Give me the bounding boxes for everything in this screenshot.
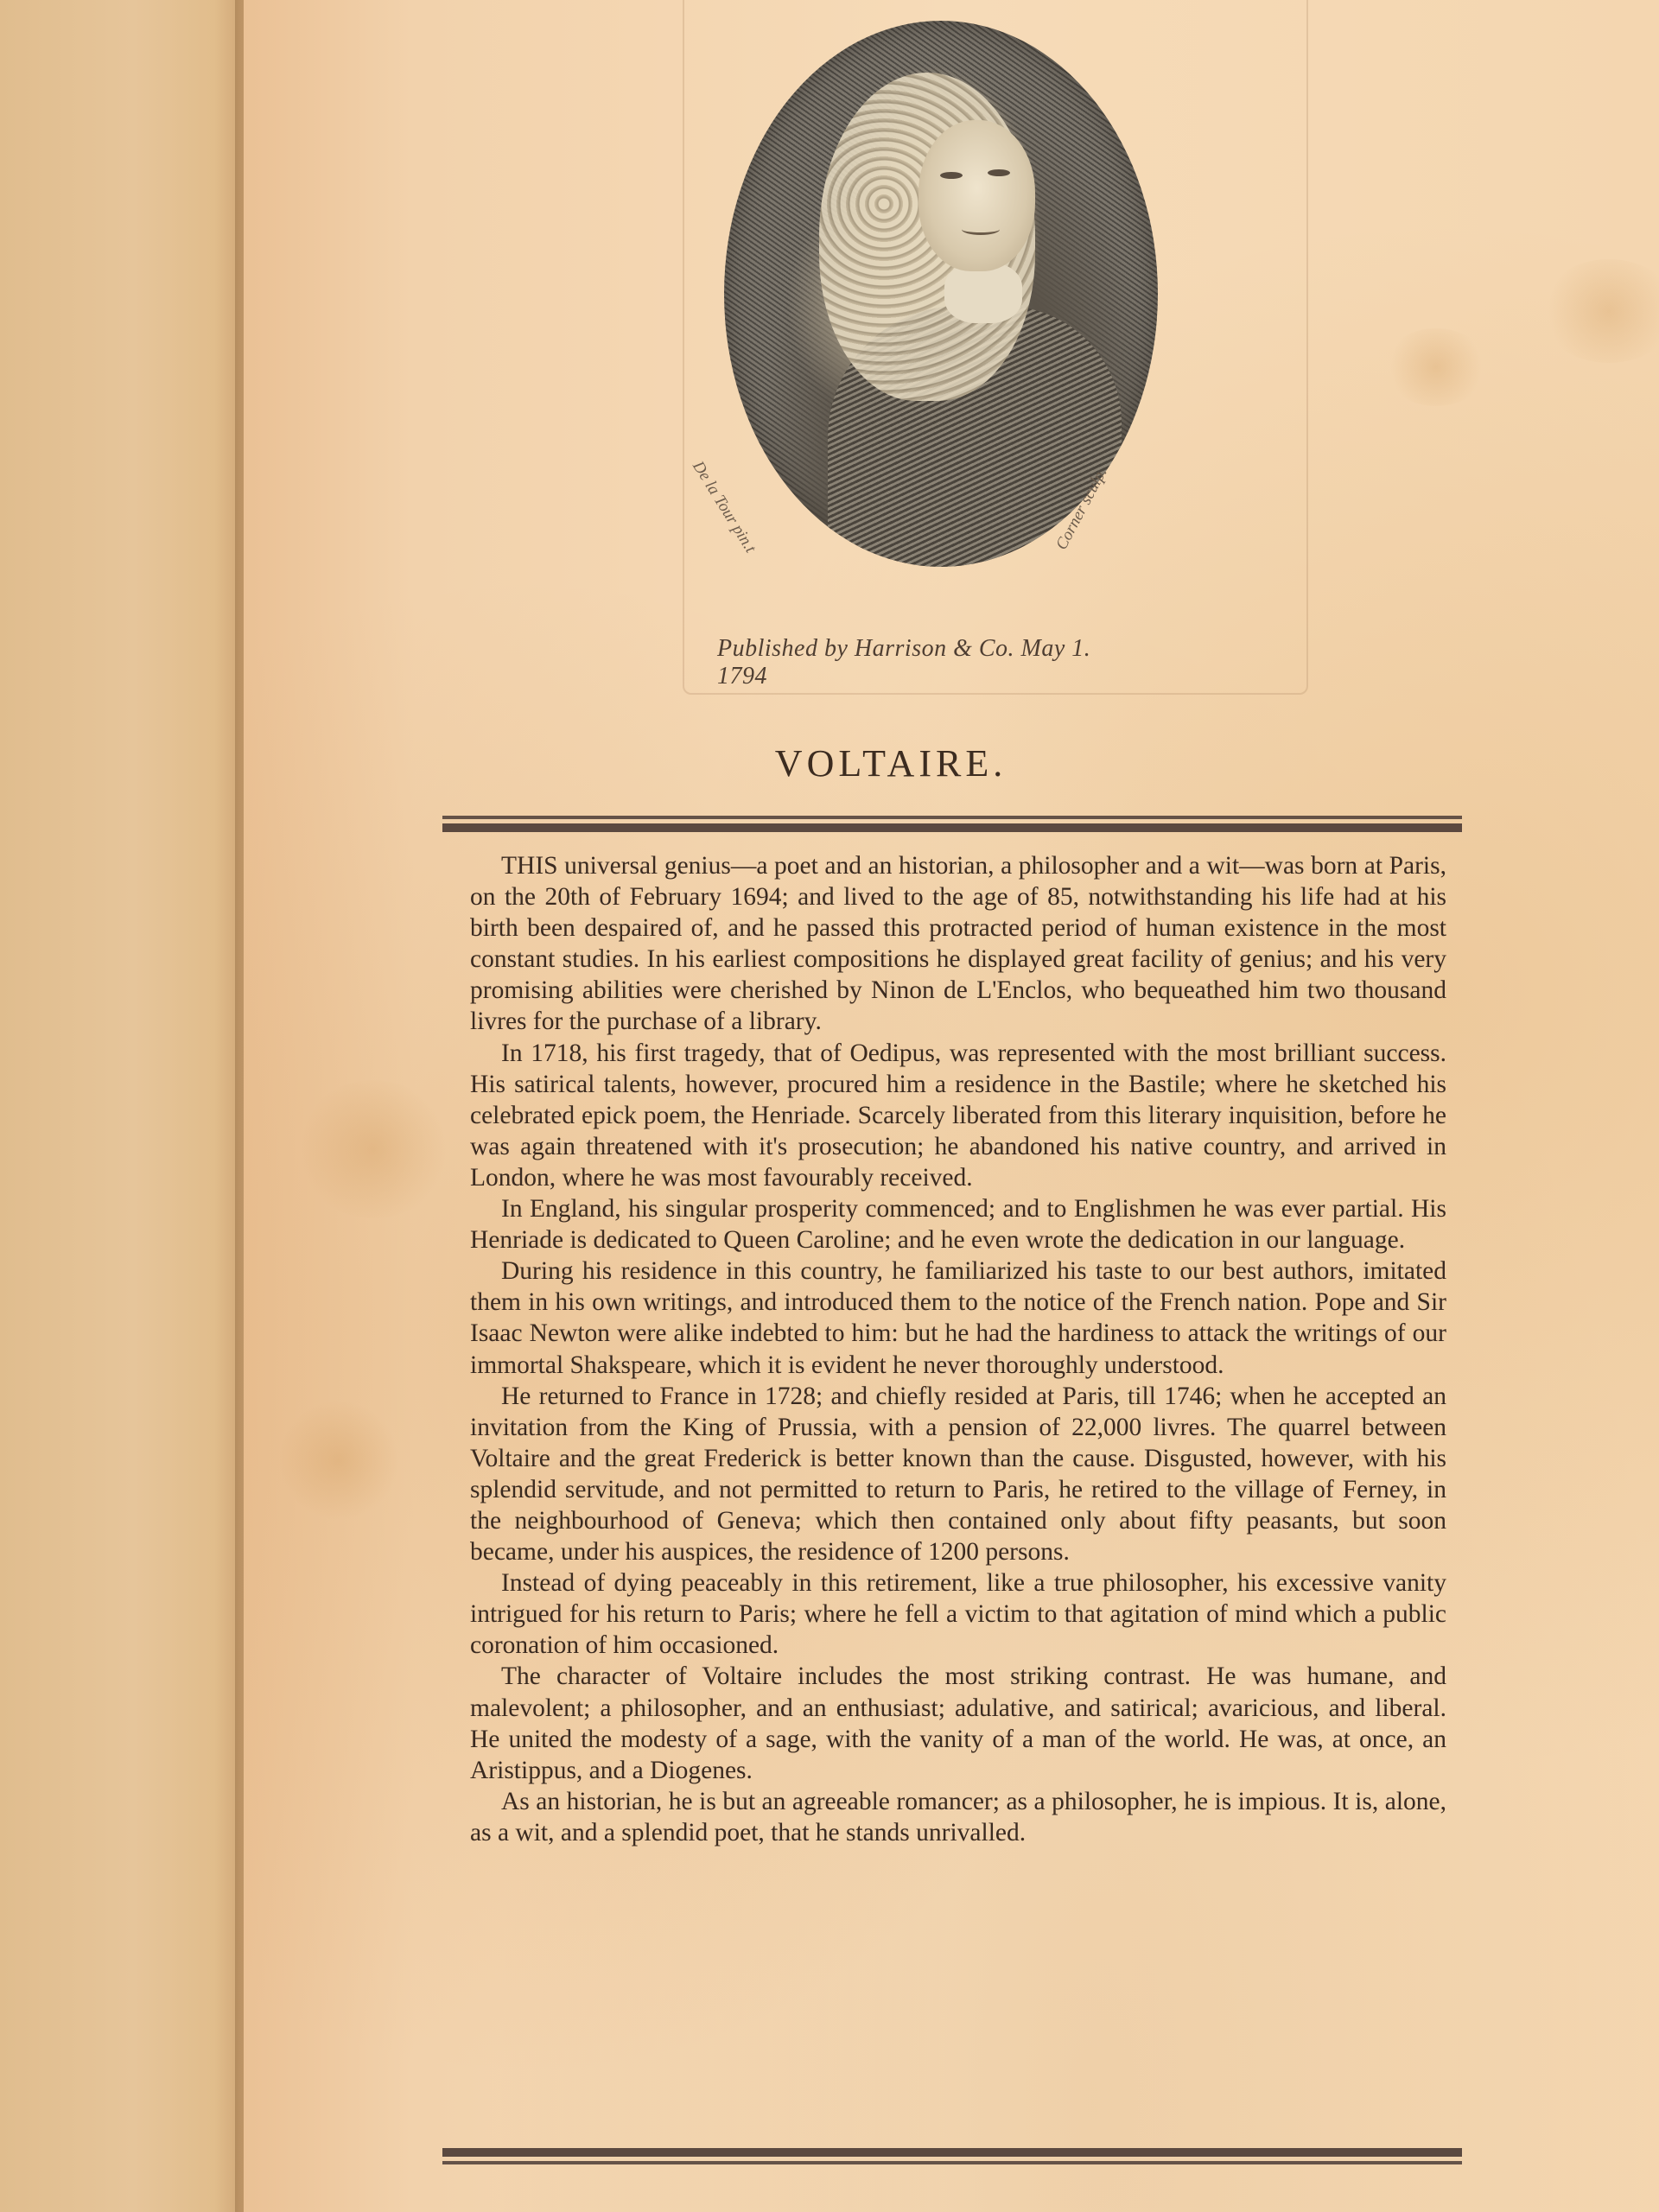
portrait-cravat xyxy=(944,263,1022,323)
portrait-face xyxy=(918,120,1035,271)
left-facing-page xyxy=(0,0,244,2212)
rule-line xyxy=(442,816,1462,819)
foxing-stain xyxy=(278,1400,399,1521)
page-title-wrap: VOLTAIRE. xyxy=(0,741,1659,785)
double-rule-top xyxy=(442,816,1462,832)
paragraph: THIS universal genius—a poet and an hist… xyxy=(470,850,1446,1038)
article-body: THIS universal genius—a poet and an hist… xyxy=(470,850,1446,1848)
foxing-stain xyxy=(296,1080,451,1218)
portrait-eye xyxy=(988,169,1010,176)
paragraph: During his residence in this country, he… xyxy=(470,1255,1446,1380)
paragraph: In England, his singular prosperity comm… xyxy=(470,1193,1446,1255)
paragraph: He returned to France in 1728; and chief… xyxy=(470,1381,1446,1568)
double-rule-bottom xyxy=(442,2148,1462,2164)
paragraph: Instead of dying peaceably in this retir… xyxy=(470,1567,1446,1661)
rule-line xyxy=(442,2148,1462,2157)
rule-line xyxy=(442,823,1462,832)
paragraph: In 1718, his first tragedy, that of Oedi… xyxy=(470,1038,1446,1193)
paragraph: As an historian, he is but an agreeable … xyxy=(470,1786,1446,1848)
foxing-stain xyxy=(1384,328,1488,406)
publisher-line: Published by Harrison & Co. May 1. 1794 xyxy=(717,635,1132,690)
portrait-eye xyxy=(940,172,963,179)
paragraph: The character of Voltaire includes the m… xyxy=(470,1661,1446,1785)
page-title: VOLTAIRE. xyxy=(775,742,1007,785)
rule-line xyxy=(442,2161,1462,2164)
portrait-mouth xyxy=(962,224,1000,235)
foxing-stain xyxy=(1540,259,1659,363)
